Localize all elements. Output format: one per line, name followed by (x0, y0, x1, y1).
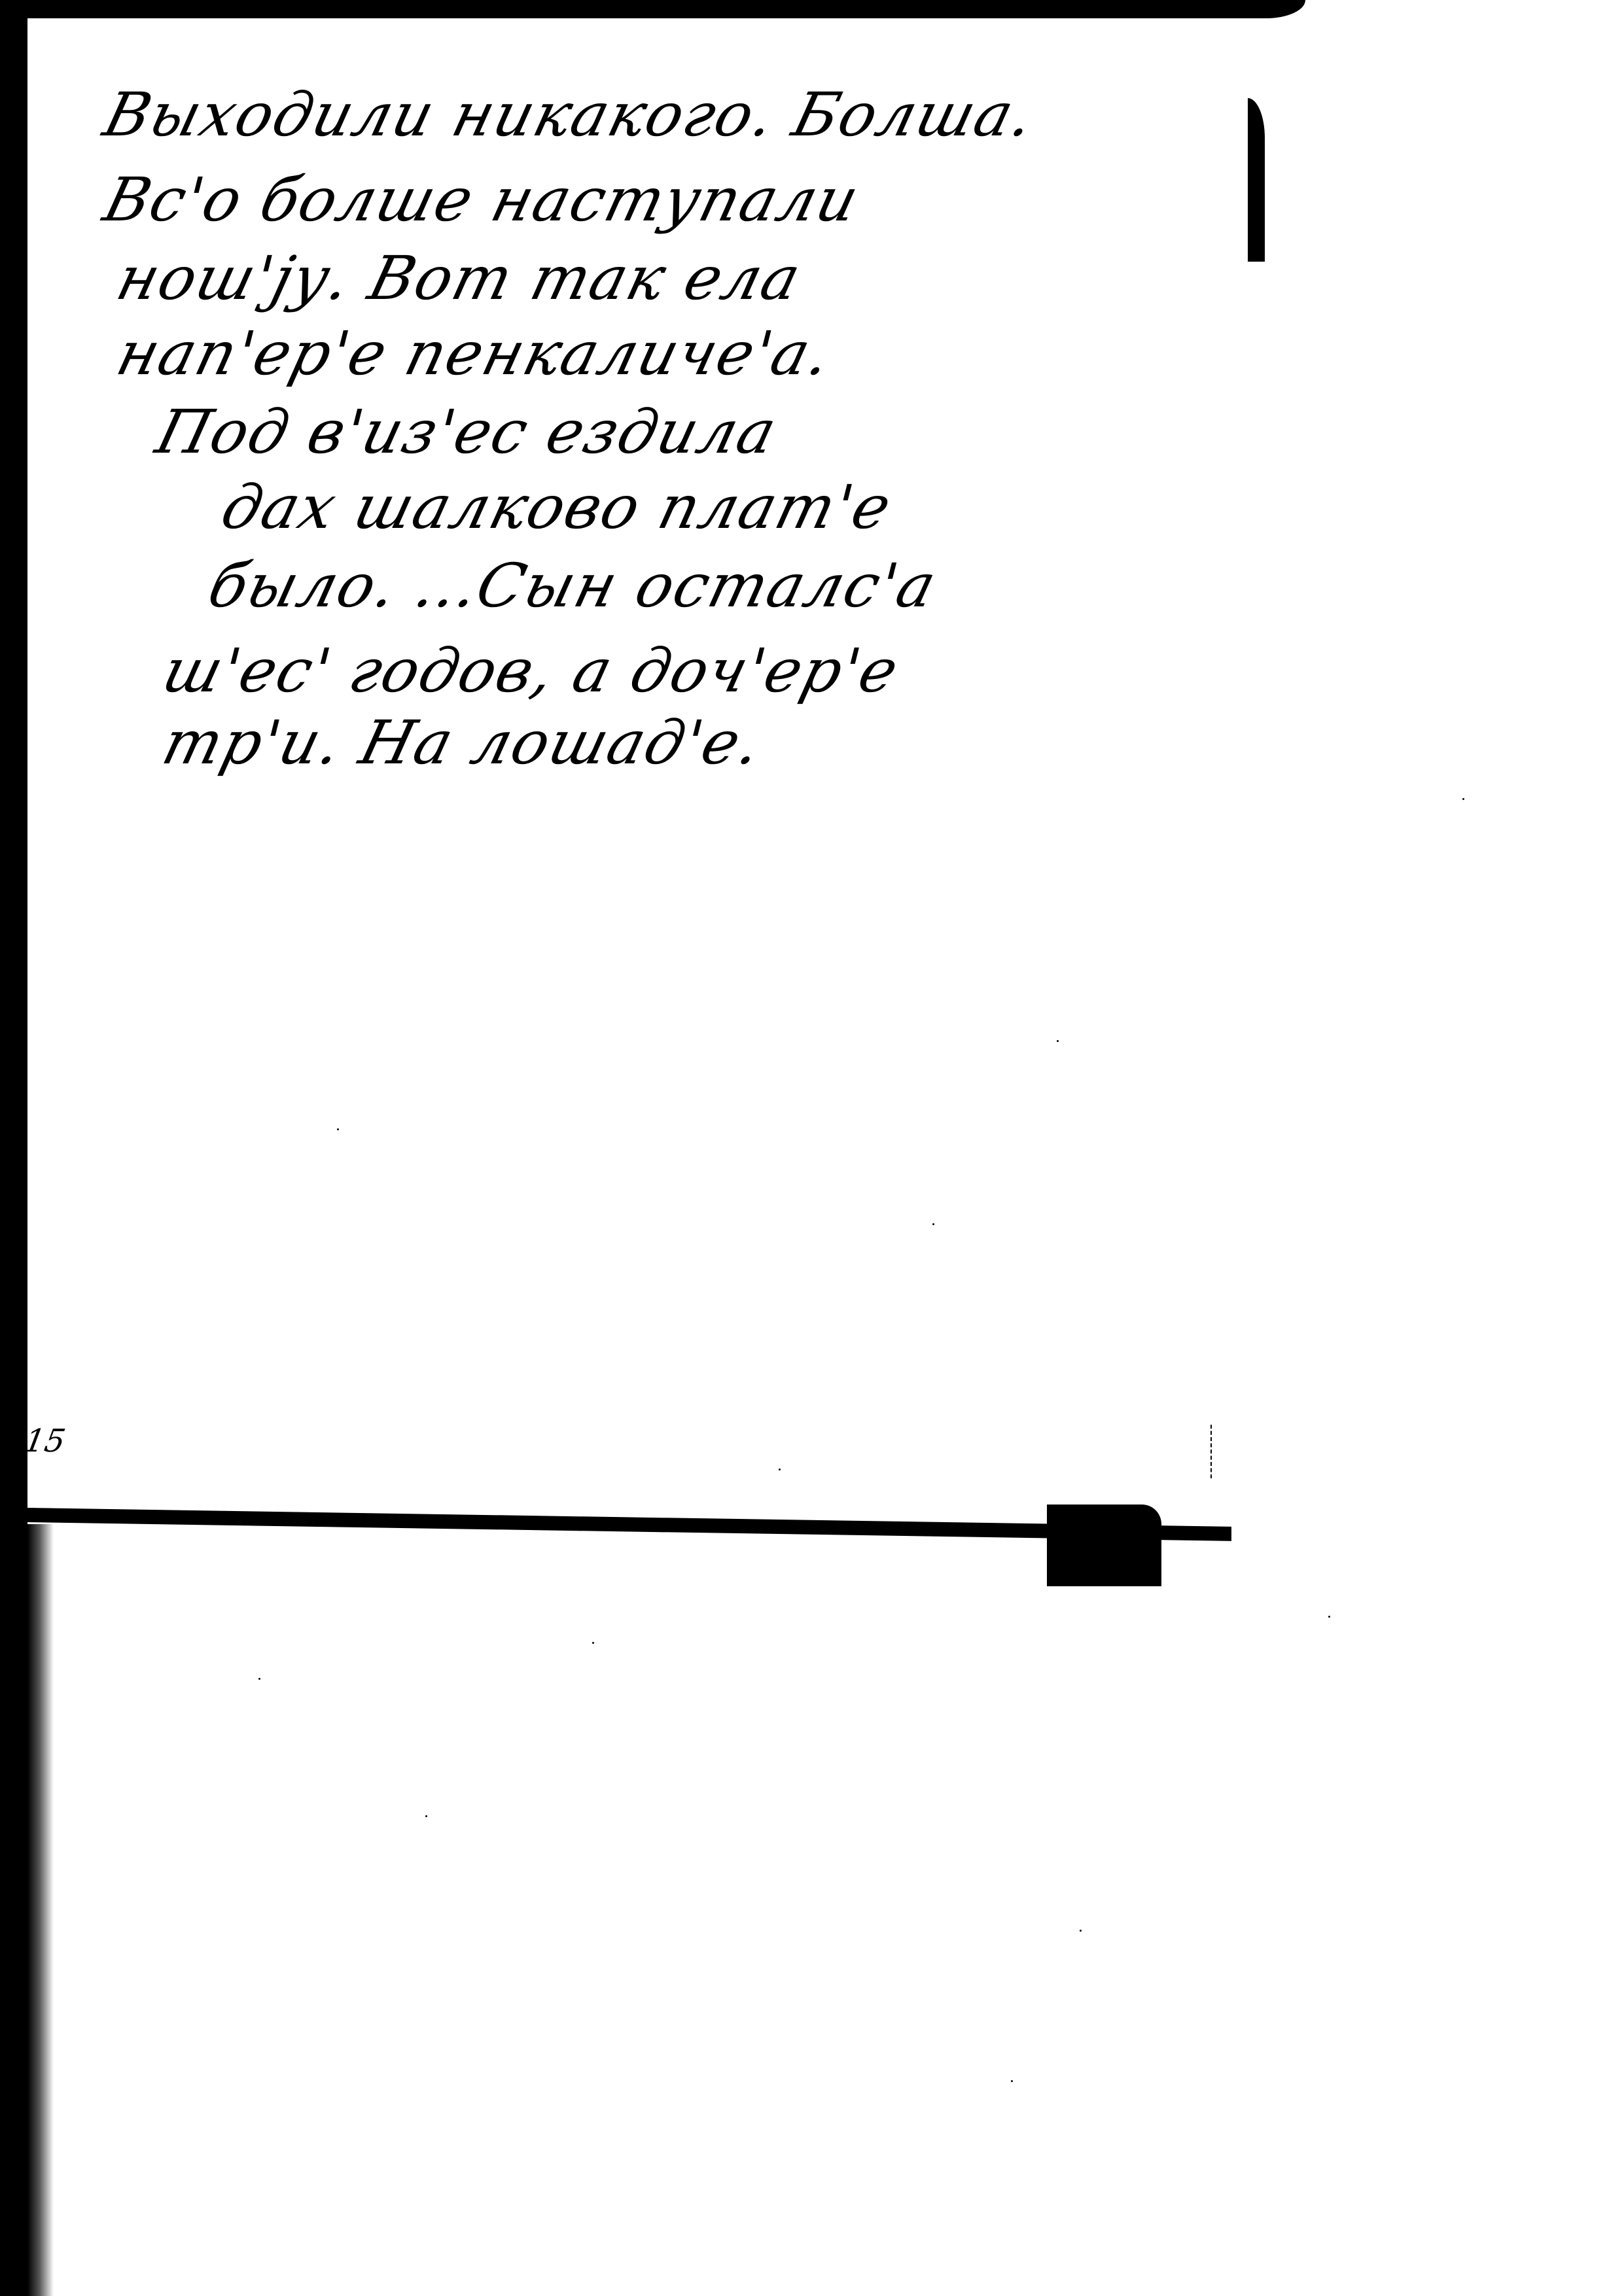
handwritten-line: было. ...Сын осталс'а (203, 556, 943, 616)
handwritten-line: Вс'о болше наступали (98, 170, 865, 230)
scan-speck (1011, 2080, 1013, 2082)
scan-bottom-corner (1047, 1505, 1161, 1586)
scan-speck (337, 1128, 339, 1130)
handwritten-line: ш'ес' годов, а доч'ер'е (157, 641, 905, 701)
scan-top-border (0, 0, 1305, 18)
scan-speck (1057, 1040, 1059, 1042)
scan-speck (1328, 1616, 1330, 1618)
scan-speck (779, 1469, 781, 1470)
scan-speck (258, 1678, 260, 1680)
scan-speck (592, 1642, 594, 1644)
scan-speck (1080, 1930, 1082, 1932)
handwritten-line: Выходили никакого. Болша. (98, 85, 1041, 145)
handwritten-line: нош'jу. Вот так ела (111, 249, 807, 309)
scan-left-border (0, 0, 27, 2296)
scan-left-shadow (27, 1524, 54, 2296)
handwritten-line: тр'и. На лошад'е. (157, 713, 768, 773)
page-number: 15 (22, 1423, 68, 1459)
scan-artifact-line (1210, 1425, 1212, 1478)
handwritten-line: нап'ер'е пенкаличе'а. (111, 324, 838, 384)
scan-speck (932, 1223, 934, 1225)
scan-right-edge (1248, 98, 1265, 262)
scan-speck (425, 1815, 427, 1817)
handwritten-line: дах шалково плат'е (216, 478, 898, 538)
handwritten-line: Под в'из'ес ездила (150, 402, 783, 462)
scan-speck (1462, 798, 1464, 800)
